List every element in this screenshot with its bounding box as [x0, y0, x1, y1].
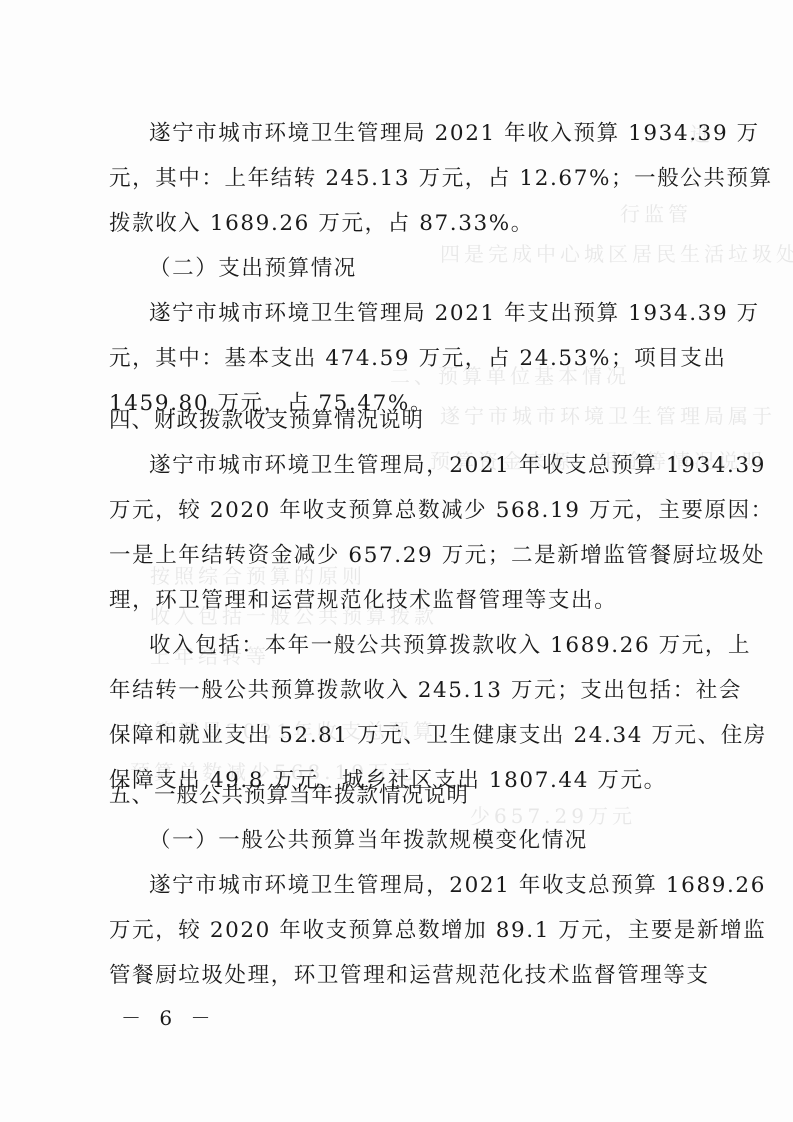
appropriation-line-3: 管餐厨垃圾处理，环卫管理和运营规范化技术监督管理等支 [109, 963, 689, 989]
section-heading-4: 四、财政拨款收支预算情况说明 [109, 408, 689, 434]
page-number: － 6 － [121, 1002, 216, 1031]
subheading-expenditure-budget: （二）支出预算情况 [149, 256, 689, 282]
fiscal-budget-line-1: 遂宁市城市环境卫生管理局，2021 年收支总预算 1934.39 [149, 453, 689, 479]
income-budget-line-2: 元，其中：上年结转 245.13 万元，占 12.67%；一般公共预算 [109, 166, 689, 192]
expenditure-budget-line-2: 元，其中：基本支出 474.59 万元，占 24.53%；项目支出 [109, 346, 689, 372]
section-heading-5: 五、一般公共预算当年拨款情况说明 [109, 783, 689, 809]
income-detail-line-2: 年结转一般公共预算拨款收入 245.13 万元；支出包括：社会 [109, 678, 689, 704]
appropriation-line-2: 万元，较 2020 年收支预算总数增加 89.1 万元，主要是新增监 [109, 918, 689, 944]
document-page: 进行监管四是完成中心城区居民生活垃圾处二、预算单位基本情况遂宁市城市环境卫生管理… [0, 0, 793, 1122]
appropriation-line-1: 遂宁市城市环境卫生管理局，2021 年收支总预算 1689.26 [149, 873, 689, 899]
income-detail-line-1: 收入包括：本年一般公共预算拨款收入 1689.26 万元，上 [149, 633, 689, 659]
income-budget-line-1: 遂宁市城市环境卫生管理局 2021 年收入预算 1934.39 万 [149, 121, 689, 147]
subheading-appropriation-change: （一）一般公共预算当年拨款规模变化情况 [149, 828, 689, 854]
expenditure-budget-line-1: 遂宁市城市环境卫生管理局 2021 年支出预算 1934.39 万 [149, 301, 689, 327]
fiscal-budget-line-4: 理，环卫管理和运营规范化技术监督管理等支出。 [109, 588, 689, 614]
fiscal-budget-line-2: 万元，较 2020 年收支预算总数减少 568.19 万元，主要原因： [109, 498, 689, 524]
income-budget-line-3: 拨款收入 1689.26 万元，占 87.33%。 [109, 211, 689, 237]
income-detail-line-3: 保障和就业支出 52.81 万元、卫生健康支出 24.34 万元、住房 [109, 723, 689, 749]
fiscal-budget-line-3: 一是上年结转资金减少 657.29 万元；二是新增监管餐厨垃圾处 [109, 543, 689, 569]
